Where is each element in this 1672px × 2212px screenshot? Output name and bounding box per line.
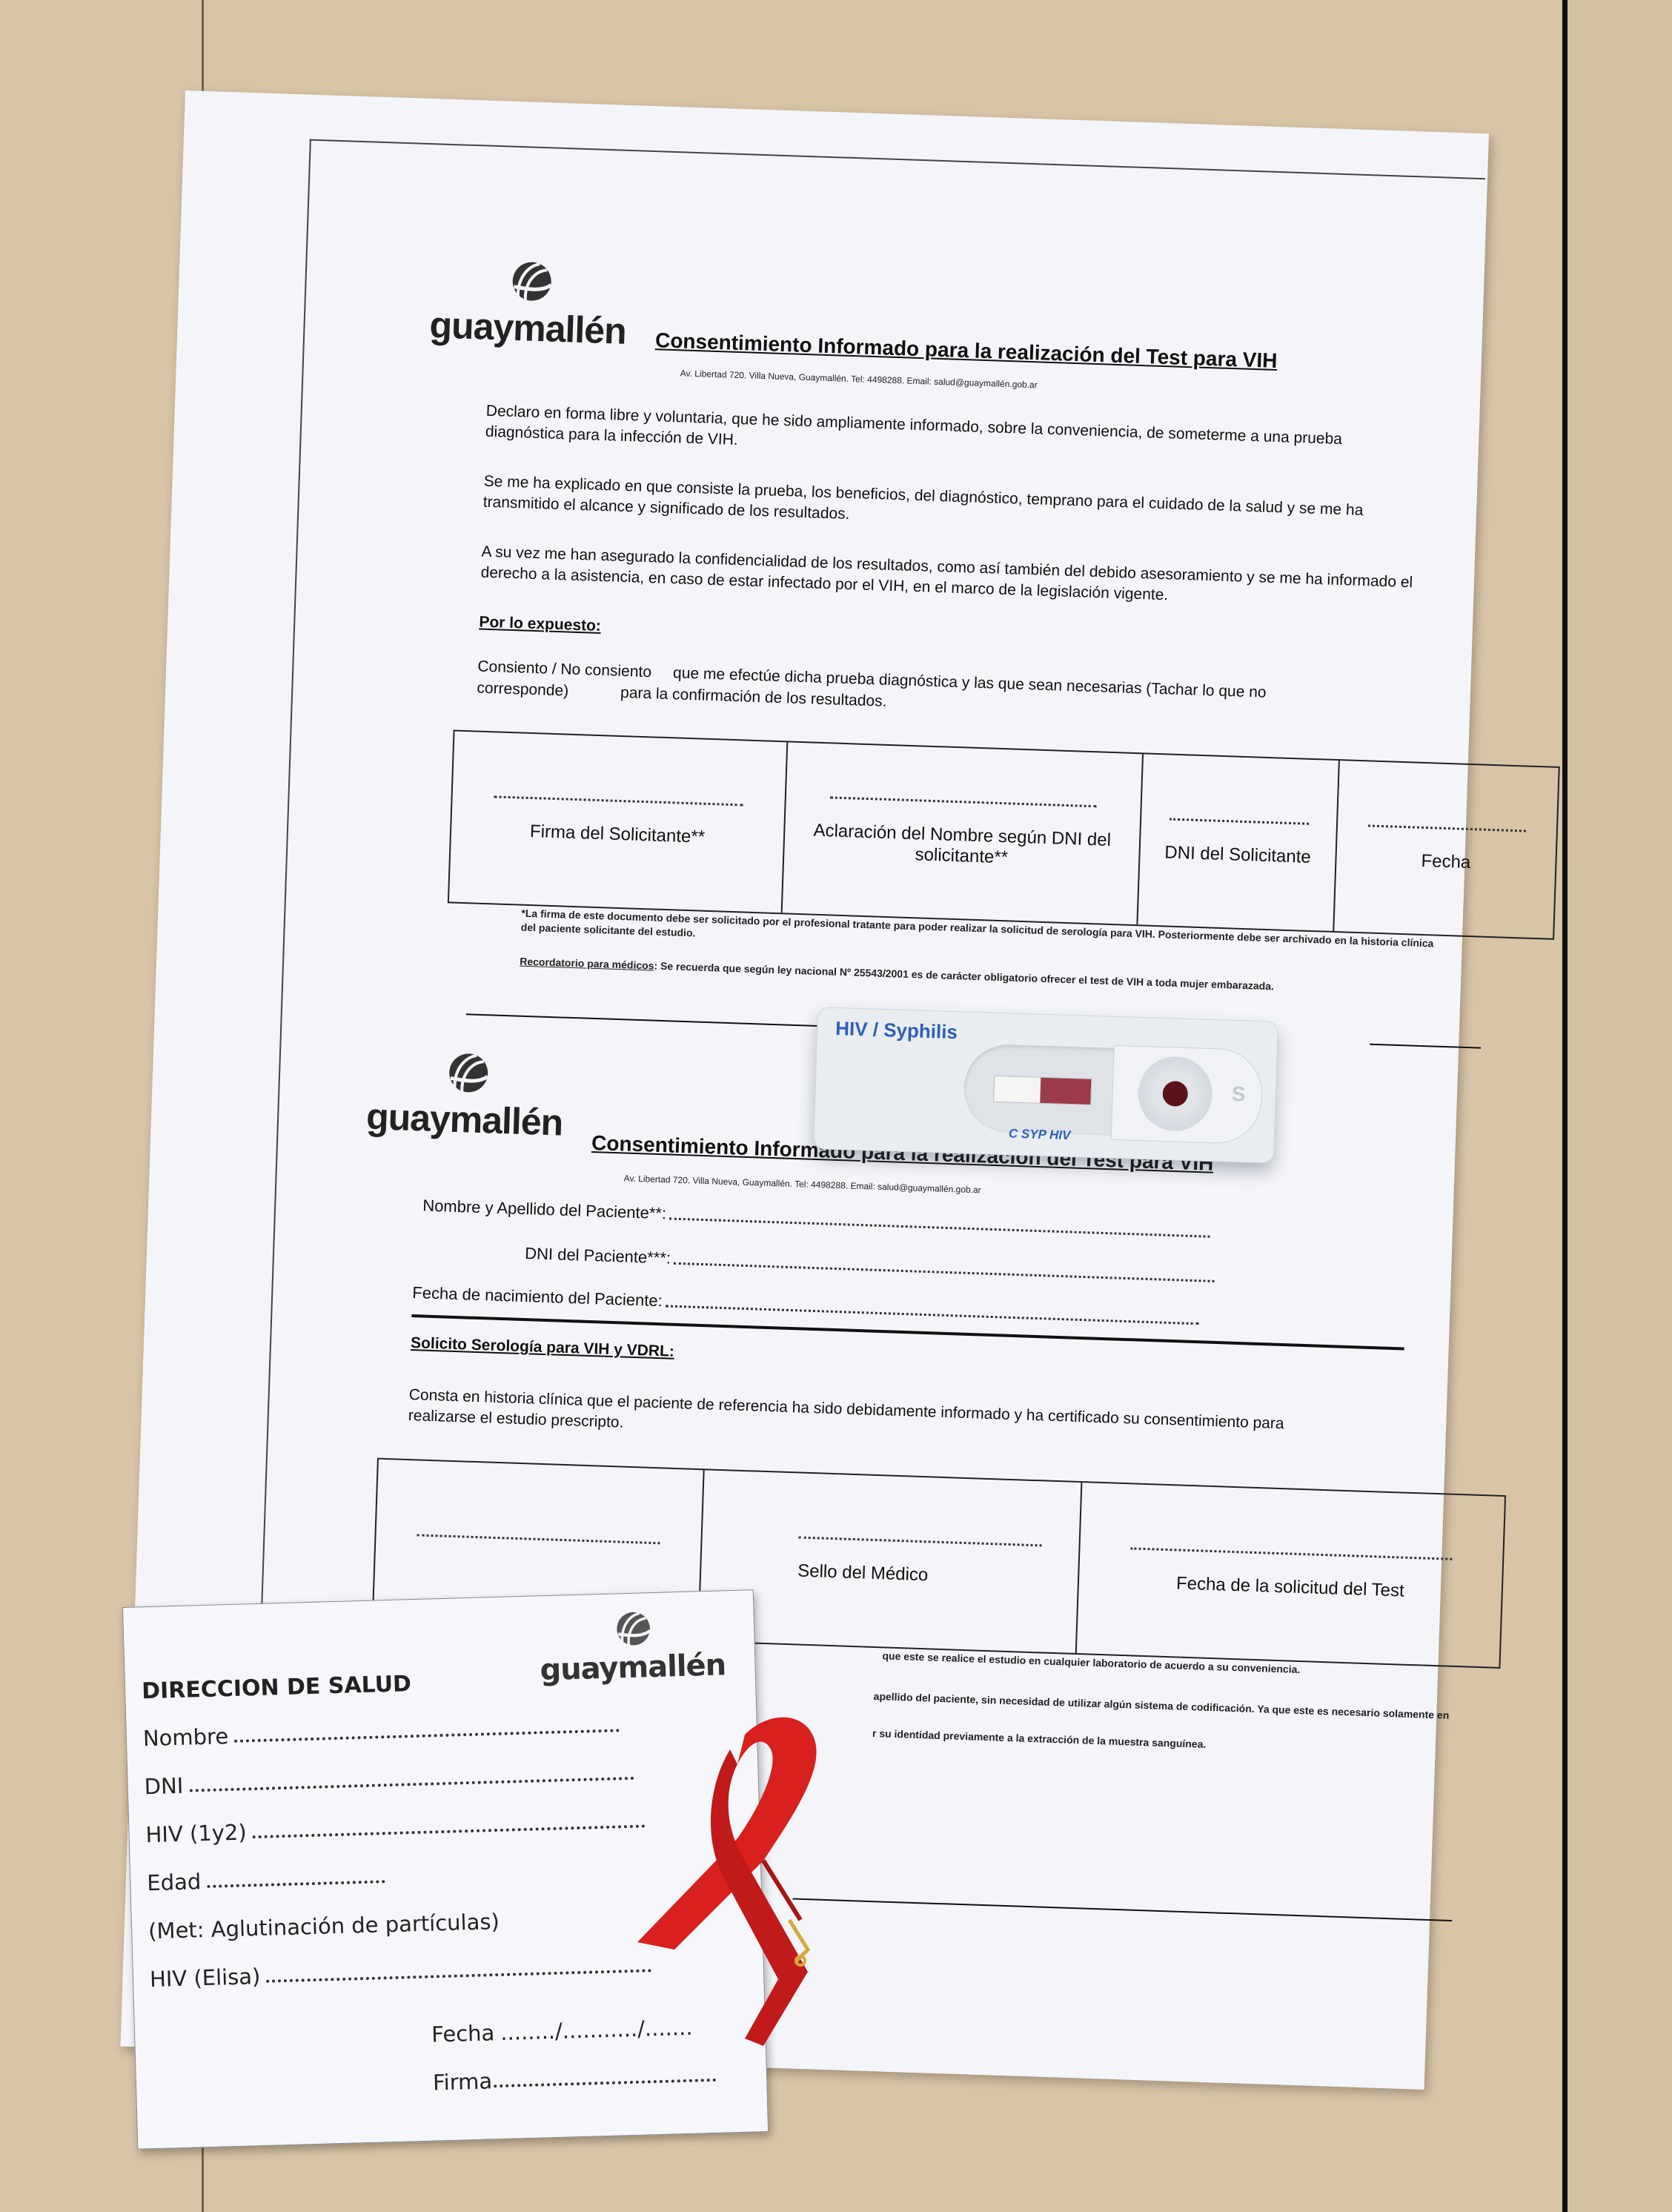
signature-line (1368, 824, 1527, 832)
slip-hiv-1y2-field[interactable]: HIV (1y2) (145, 1808, 646, 1847)
cell-label: DNI del Solicitante (1164, 842, 1311, 868)
signature-cell-aclaracion[interactable]: Aclaración del Nombre según DNI del soli… (783, 742, 1144, 924)
signature-line (1131, 1547, 1452, 1560)
sample-well (1137, 1056, 1213, 1132)
guaymallen-logo-bottom: guaymallén (365, 1046, 565, 1142)
por-lo-expuesto-heading: Por lo expuesto: (479, 612, 601, 638)
hiv-syphilis-test-cassette[interactable]: HIV / Syphilis S C SYP HIV (813, 1007, 1278, 1163)
reminder-label: Recordatorio para médicos (520, 956, 654, 972)
applicant-signature-table: Firma del Solicitante** Aclaración del N… (448, 729, 1560, 939)
cell-label: Fecha (1421, 850, 1471, 872)
field-input-line[interactable] (234, 1729, 620, 1743)
guaymallen-logo-slip: guaymallén (538, 1606, 726, 1685)
slip-hiv-elisa-field[interactable]: HIV (Elisa) (150, 1953, 652, 1992)
signature-cell-fecha[interactable]: Fecha (1334, 761, 1558, 938)
guaymallen-logo-icon (439, 1048, 493, 1102)
slip-nombre-field[interactable]: Nombre (142, 1712, 620, 1751)
method-label: (Met: Aglutinación de partículas) (148, 1909, 500, 1944)
guaymallen-logo-icon (502, 256, 556, 310)
field-label: HIV (Elisa) (150, 1964, 261, 1992)
signature-line (1170, 818, 1309, 824)
slip-dni-field[interactable]: DNI (144, 1761, 634, 1799)
table-panel-right (1567, 0, 1672, 2212)
cell-label: Aclaración del Nombre según DNI del soli… (794, 819, 1129, 872)
cassette-brand-label: HIV / Syphilis (835, 1017, 958, 1044)
signature-cell-fecha-solicitud[interactable]: Fecha de la solicitud del Test (1077, 1483, 1505, 1667)
red-awareness-ribbon-icon (585, 1705, 919, 2076)
logo-text: guaymallén (429, 306, 627, 350)
signature-line (417, 1534, 660, 1544)
guaymallen-logo: guaymallén (429, 254, 628, 350)
field-label: DNI (144, 1773, 184, 1799)
line-labels: C SYP HIV (1009, 1126, 1071, 1143)
slip-method-note: (Met: Aglutinación de partículas) (148, 1909, 500, 1944)
signature-cell-dni[interactable]: DNI del Solicitante (1138, 754, 1339, 931)
cell-label: Sello del Médico (797, 1560, 929, 1586)
cell-label: Firma del Solicitante** (530, 821, 706, 847)
slip-heading: DIRECCION DE SALUD (142, 1671, 412, 1704)
signature-line (494, 795, 743, 806)
slip-edad-field[interactable]: Edad (147, 1864, 385, 1895)
field-input-line[interactable] (494, 2079, 716, 2087)
sample-well-hole (1162, 1081, 1188, 1107)
signature-line (830, 796, 1097, 807)
signature-cell-firma[interactable]: Firma del Solicitante** (449, 732, 788, 913)
field-input-line[interactable] (207, 1880, 385, 1888)
control-line-band (1040, 1078, 1091, 1105)
field-label: Fecha (431, 2020, 495, 2047)
test-strip (993, 1076, 1092, 1105)
field-label: Edad (147, 1869, 202, 1895)
logo-text: guaymallén (365, 1098, 563, 1142)
cell-label: Fecha de la solicitud del Test (1176, 1573, 1404, 1601)
sample-well-panel: S (1111, 1045, 1264, 1145)
sample-well-label: S (1231, 1082, 1246, 1107)
signature-line (799, 1536, 1042, 1546)
logo-text: guaymallén (540, 1650, 726, 1685)
signature-cell-sello[interactable]: Sello del Médico (699, 1470, 1082, 1653)
field-label: Firma (433, 2068, 493, 2095)
guaymallen-logo-icon (609, 1608, 655, 1654)
field-label: HIV (1y2) (145, 1819, 247, 1847)
table-seam-right (1562, 0, 1567, 2212)
field-label: Nombre (142, 1723, 228, 1751)
field-input-line[interactable] (189, 1777, 634, 1792)
